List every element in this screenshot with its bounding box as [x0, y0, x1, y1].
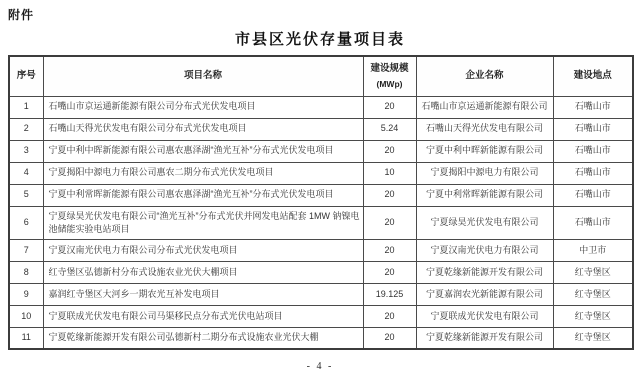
- build-location: 红寺堡区: [553, 283, 633, 305]
- table-row: 2石嘴山天得光伏发电有限公司分布式光伏发电项目5.24石嘴山天得光伏发电有限公司…: [9, 118, 633, 140]
- company-name: 宁夏中利常晖新能源有限公司: [416, 184, 553, 206]
- company-name: 宁夏嘉润农光新能源有限公司: [416, 283, 553, 305]
- project-name: 宁夏中利常晖新能源有限公司惠农惠泽湖“渔光互补”分布式光伏发电项目: [43, 184, 363, 206]
- company-name: 宁夏中利中晖新能源有限公司: [416, 140, 553, 162]
- scale-mwp: 20: [363, 184, 416, 206]
- project-name: 红寺堡区弘德新村分布式设施农业光伏大棚项目: [43, 261, 363, 283]
- page-number: - 4 -: [0, 361, 640, 372]
- project-name: 宁夏乾缘新能源开发有限公司弘德新村二期分布式设施农业光伏大棚: [43, 327, 363, 349]
- table-row: 3宁夏中利中晖新能源有限公司惠农惠泽湖“渔光互补”分布式光伏发电项目20宁夏中利…: [9, 140, 633, 162]
- scale-mwp: 20: [363, 305, 416, 327]
- build-location: 石嘴山市: [553, 140, 633, 162]
- scale-mwp: 20: [363, 206, 416, 239]
- table-row: 5宁夏中利常晖新能源有限公司惠农惠泽湖“渔光互补”分布式光伏发电项目20宁夏中利…: [9, 184, 633, 206]
- build-location: 石嘴山市: [553, 96, 633, 118]
- column-header-1: 项目名称: [43, 56, 363, 96]
- company-name: 宁夏汉南光伏电力有限公司: [416, 239, 553, 261]
- row-no: 6: [9, 206, 43, 239]
- company-name: 宁夏联成光伏发电有限公司: [416, 305, 553, 327]
- scale-mwp: 20: [363, 96, 416, 118]
- column-header-2: 建设规模(MWp): [363, 56, 416, 96]
- column-header-0: 序号: [9, 56, 43, 96]
- build-location: 红寺堡区: [553, 261, 633, 283]
- project-name: 宁夏联成光伏发电有限公司马渠移民点分布式光伏电站项目: [43, 305, 363, 327]
- project-name: 宁夏揭阳中源电力有限公司惠农二期分布式光伏发电项目: [43, 162, 363, 184]
- table-row: 8红寺堡区弘德新村分布式设施农业光伏大棚项目20宁夏乾缘新能源开发有限公司红寺堡…: [9, 261, 633, 283]
- scale-mwp: 20: [363, 140, 416, 162]
- scale-mwp: 19.125: [363, 283, 416, 305]
- company-name: 宁夏揭阳中源电力有限公司: [416, 162, 553, 184]
- build-location: 石嘴山市: [553, 118, 633, 140]
- project-name: 石嘴山天得光伏发电有限公司分布式光伏发电项目: [43, 118, 363, 140]
- row-no: 9: [9, 283, 43, 305]
- column-header-sublabel: (MWp): [367, 78, 413, 90]
- table-row: 9嘉润红寺堡区大河乡一期农光互补发电项目19.125宁夏嘉润农光新能源有限公司红…: [9, 283, 633, 305]
- row-no: 7: [9, 239, 43, 261]
- row-no: 4: [9, 162, 43, 184]
- company-name: 石嘴山天得光伏发电有限公司: [416, 118, 553, 140]
- table-row: 11宁夏乾缘新能源开发有限公司弘德新村二期分布式设施农业光伏大棚20宁夏乾缘新能…: [9, 327, 633, 349]
- build-location: 红寺堡区: [553, 305, 633, 327]
- column-header-3: 企业名称: [416, 56, 553, 96]
- attachment-label: 附件: [8, 6, 34, 23]
- row-no: 2: [9, 118, 43, 140]
- table-row: 6宁夏绿昊光伏发电有限公司“渔光互补”分布式光伏并网发电站配套 1MW 钠镍电池…: [9, 206, 633, 239]
- row-no: 11: [9, 327, 43, 349]
- row-no: 1: [9, 96, 43, 118]
- project-name: 石嘴山市京运通新能源有限公司分布式光伏发电项目: [43, 96, 363, 118]
- page-title: 市县区光伏存量项目表: [0, 28, 640, 49]
- company-name: 石嘴山市京运通新能源有限公司: [416, 96, 553, 118]
- row-no: 8: [9, 261, 43, 283]
- company-name: 宁夏乾缘新能源开发有限公司: [416, 327, 553, 349]
- build-location: 中卫市: [553, 239, 633, 261]
- build-location: 石嘴山市: [553, 162, 633, 184]
- company-name: 宁夏绿昊光伏发电有限公司: [416, 206, 553, 239]
- project-name: 嘉润红寺堡区大河乡一期农光互补发电项目: [43, 283, 363, 305]
- table-row: 4宁夏揭阳中源电力有限公司惠农二期分布式光伏发电项目10宁夏揭阳中源电力有限公司…: [9, 162, 633, 184]
- scale-mwp: 20: [363, 261, 416, 283]
- document-page: 附件 市县区光伏存量项目表 序号项目名称建设规模(MWp)企业名称建设地点 1石…: [0, 0, 640, 376]
- build-location: 石嘴山市: [553, 184, 633, 206]
- table-header-row: 序号项目名称建设规模(MWp)企业名称建设地点: [9, 56, 633, 96]
- build-location: 红寺堡区: [553, 327, 633, 349]
- scale-mwp: 10: [363, 162, 416, 184]
- table-header: 序号项目名称建设规模(MWp)企业名称建设地点: [9, 56, 633, 96]
- scale-mwp: 20: [363, 239, 416, 261]
- row-no: 3: [9, 140, 43, 162]
- row-no: 5: [9, 184, 43, 206]
- table-row: 1石嘴山市京运通新能源有限公司分布式光伏发电项目20石嘴山市京运通新能源有限公司…: [9, 96, 633, 118]
- company-name: 宁夏乾缘新能源开发有限公司: [416, 261, 553, 283]
- pv-projects-table: 序号项目名称建设规模(MWp)企业名称建设地点 1石嘴山市京运通新能源有限公司分…: [8, 55, 634, 350]
- table-row: 10宁夏联成光伏发电有限公司马渠移民点分布式光伏电站项目20宁夏联成光伏发电有限…: [9, 305, 633, 327]
- build-location: 石嘴山市: [553, 206, 633, 239]
- project-name: 宁夏汉南光伏电力有限公司分布式光伏发电项目: [43, 239, 363, 261]
- column-header-4: 建设地点: [553, 56, 633, 96]
- table-row: 7宁夏汉南光伏电力有限公司分布式光伏发电项目20宁夏汉南光伏电力有限公司中卫市: [9, 239, 633, 261]
- project-name: 宁夏中利中晖新能源有限公司惠农惠泽湖“渔光互补”分布式光伏发电项目: [43, 140, 363, 162]
- table-body: 1石嘴山市京运通新能源有限公司分布式光伏发电项目20石嘴山市京运通新能源有限公司…: [9, 96, 633, 349]
- scale-mwp: 5.24: [363, 118, 416, 140]
- row-no: 10: [9, 305, 43, 327]
- scale-mwp: 20: [363, 327, 416, 349]
- project-name: 宁夏绿昊光伏发电有限公司“渔光互补”分布式光伏并网发电站配套 1MW 钠镍电池储…: [43, 206, 363, 239]
